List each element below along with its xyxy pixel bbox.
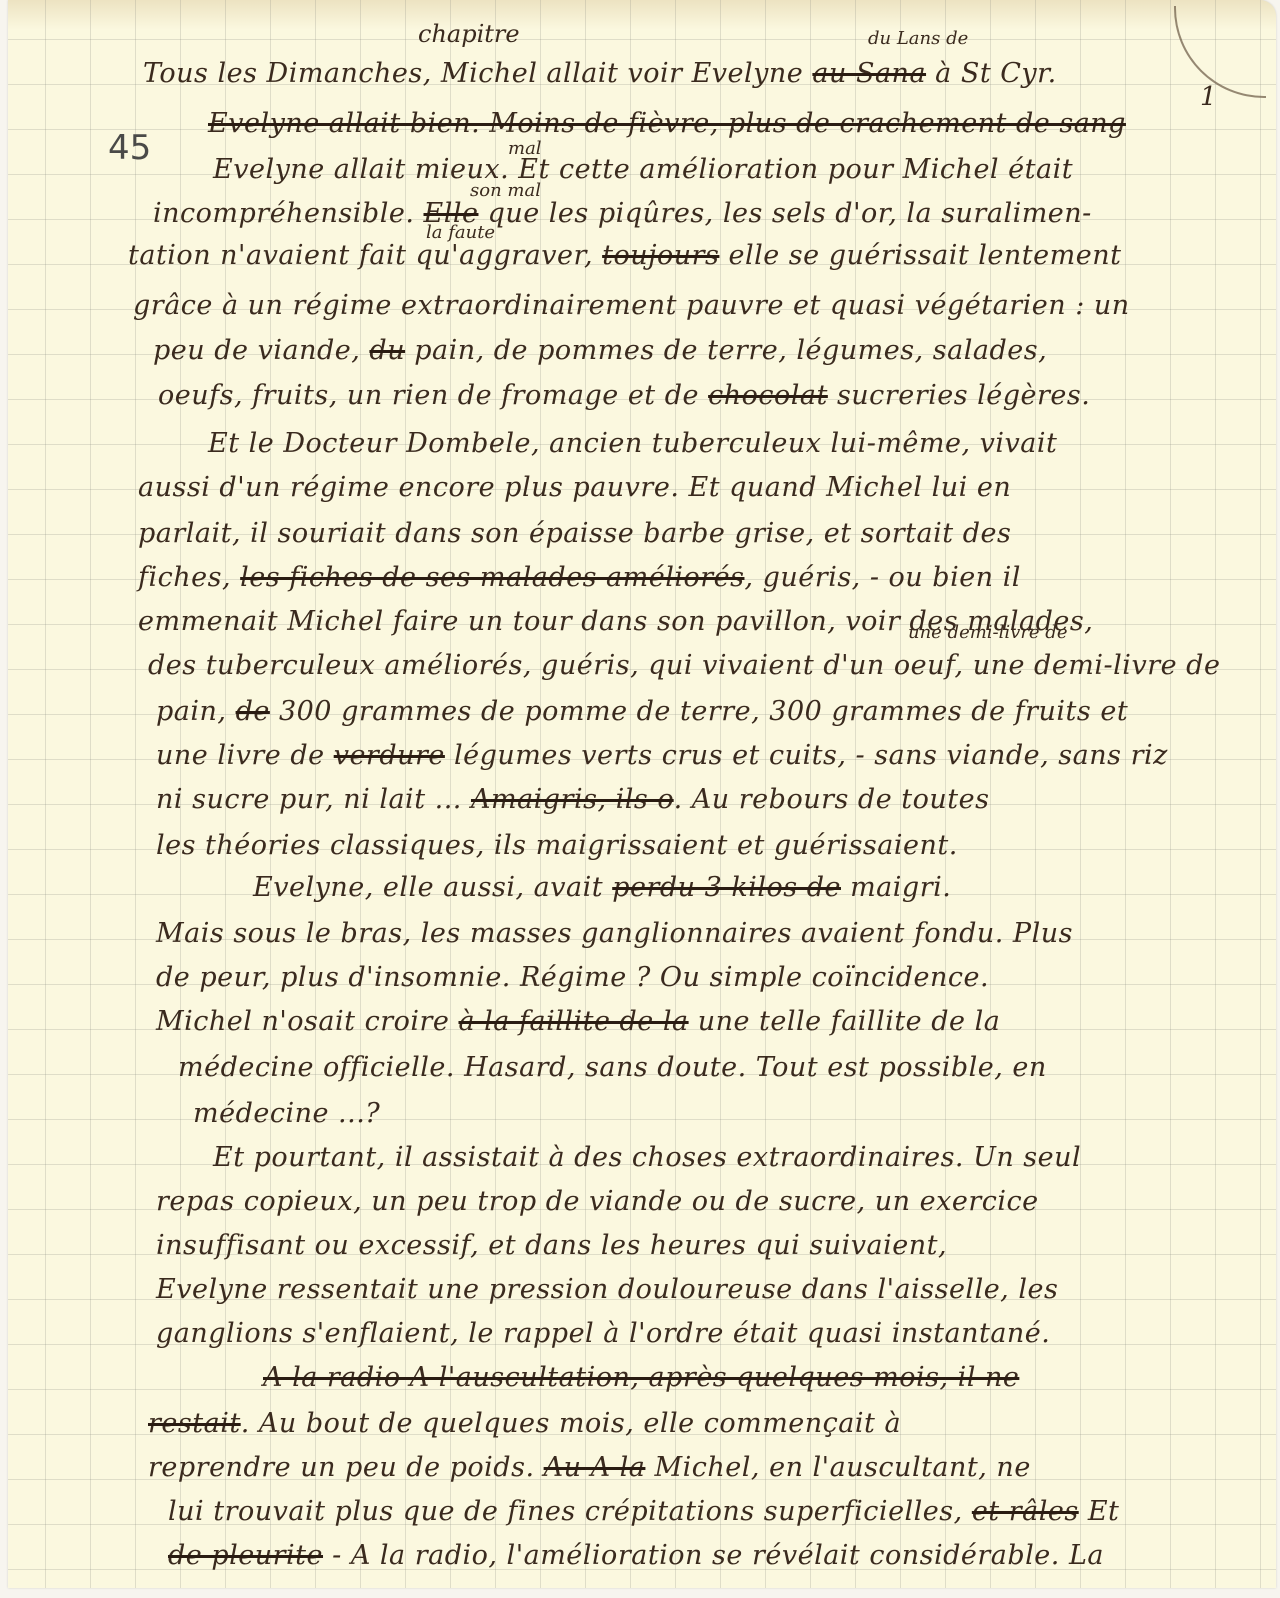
text-line: Et pourtant, il assistait à des choses e… xyxy=(213,1142,1081,1173)
text-line: Mais sous le bras, les masses ganglionna… xyxy=(156,918,1073,949)
page-number: 1 xyxy=(1200,82,1217,112)
text-line: parlait, il souriait dans son épaisse ba… xyxy=(138,518,1011,549)
text-line: Tous les Dimanches, Michel allait voir E… xyxy=(143,58,1057,89)
text-line: ni sucre pur, ni lait ... Amaigris, ils … xyxy=(156,784,989,815)
text-line: fiches, les fiches de ses malades amélio… xyxy=(138,562,1021,593)
text-line: lui trouvait plus que de fines crépitati… xyxy=(168,1496,1119,1527)
text-line: de peur, plus d'insomnie. Régime ? Ou si… xyxy=(156,962,989,993)
corner-fold-mark xyxy=(1174,6,1266,98)
text-line: Evelyne allait mieux. Et cette améliorat… xyxy=(213,154,1073,185)
text-line: ganglions s'enflaient, le rappel à l'ord… xyxy=(156,1318,1050,1349)
text-line: peu de viande, du pain, de pommes de ter… xyxy=(153,335,1047,366)
insertion-above-line-1: du Lans de xyxy=(868,28,968,49)
text-line: des tuberculeux améliorés, guéris, qui v… xyxy=(148,650,1220,681)
text-line: aussi d'un régime encore plus pauvre. Et… xyxy=(138,472,1011,503)
text-line: Michel n'osait croire à la faillite de l… xyxy=(156,1006,1000,1037)
text-line: A la radio A l'auscultation, après quelq… xyxy=(263,1362,1019,1393)
text-line: les théories classiques, ils maigrissaie… xyxy=(156,830,958,861)
text-line: reprendre un peu de poids. Au A la Miche… xyxy=(148,1452,1031,1483)
text-line: de pleurite - A la radio, l'amélioration… xyxy=(168,1540,1104,1571)
text-line: Evelyne allait bien. Moins de fièvre, pl… xyxy=(208,108,1126,139)
text-line: médecine officielle. Hasard, sans doute.… xyxy=(178,1052,1047,1083)
text-line: Evelyne, elle aussi, avait perdu 3 kilos… xyxy=(253,872,951,903)
text-line: Et le Docteur Dombele, ancien tuberculeu… xyxy=(208,428,1057,459)
text-line: oeufs, fruits, un rien de fromage et de … xyxy=(158,380,1090,411)
chapter-heading: chapitre xyxy=(418,20,520,48)
text-line: médecine ...? xyxy=(193,1098,380,1129)
text-line: insuffisant ou excessif, et dans les heu… xyxy=(156,1230,947,1261)
text-line: une livre de verdure légumes verts crus … xyxy=(156,740,1168,771)
text-line: Evelyne ressentait une pression douloure… xyxy=(156,1274,1058,1305)
manuscript-page: chapitre 1 45 du Lans de mal son mal la … xyxy=(8,0,1276,1588)
text-line: emmenait Michel faire un tour dans son p… xyxy=(138,606,1093,637)
text-line: tation n'avaient fait qu'aggraver, toujo… xyxy=(128,240,1121,271)
text-line: repas copieux, un peu trop de viande ou … xyxy=(156,1186,1039,1217)
text-line: restait. Au bout de quelques mois, elle … xyxy=(148,1408,901,1439)
text-line: pain, de 300 grammes de pomme de terre, … xyxy=(156,696,1128,727)
margin-page-number: 45 xyxy=(108,128,151,168)
text-line: grâce à un régime extraordinairement pau… xyxy=(133,290,1130,321)
text-line: incompréhensible. Elle que les piqûres, … xyxy=(153,198,1092,229)
